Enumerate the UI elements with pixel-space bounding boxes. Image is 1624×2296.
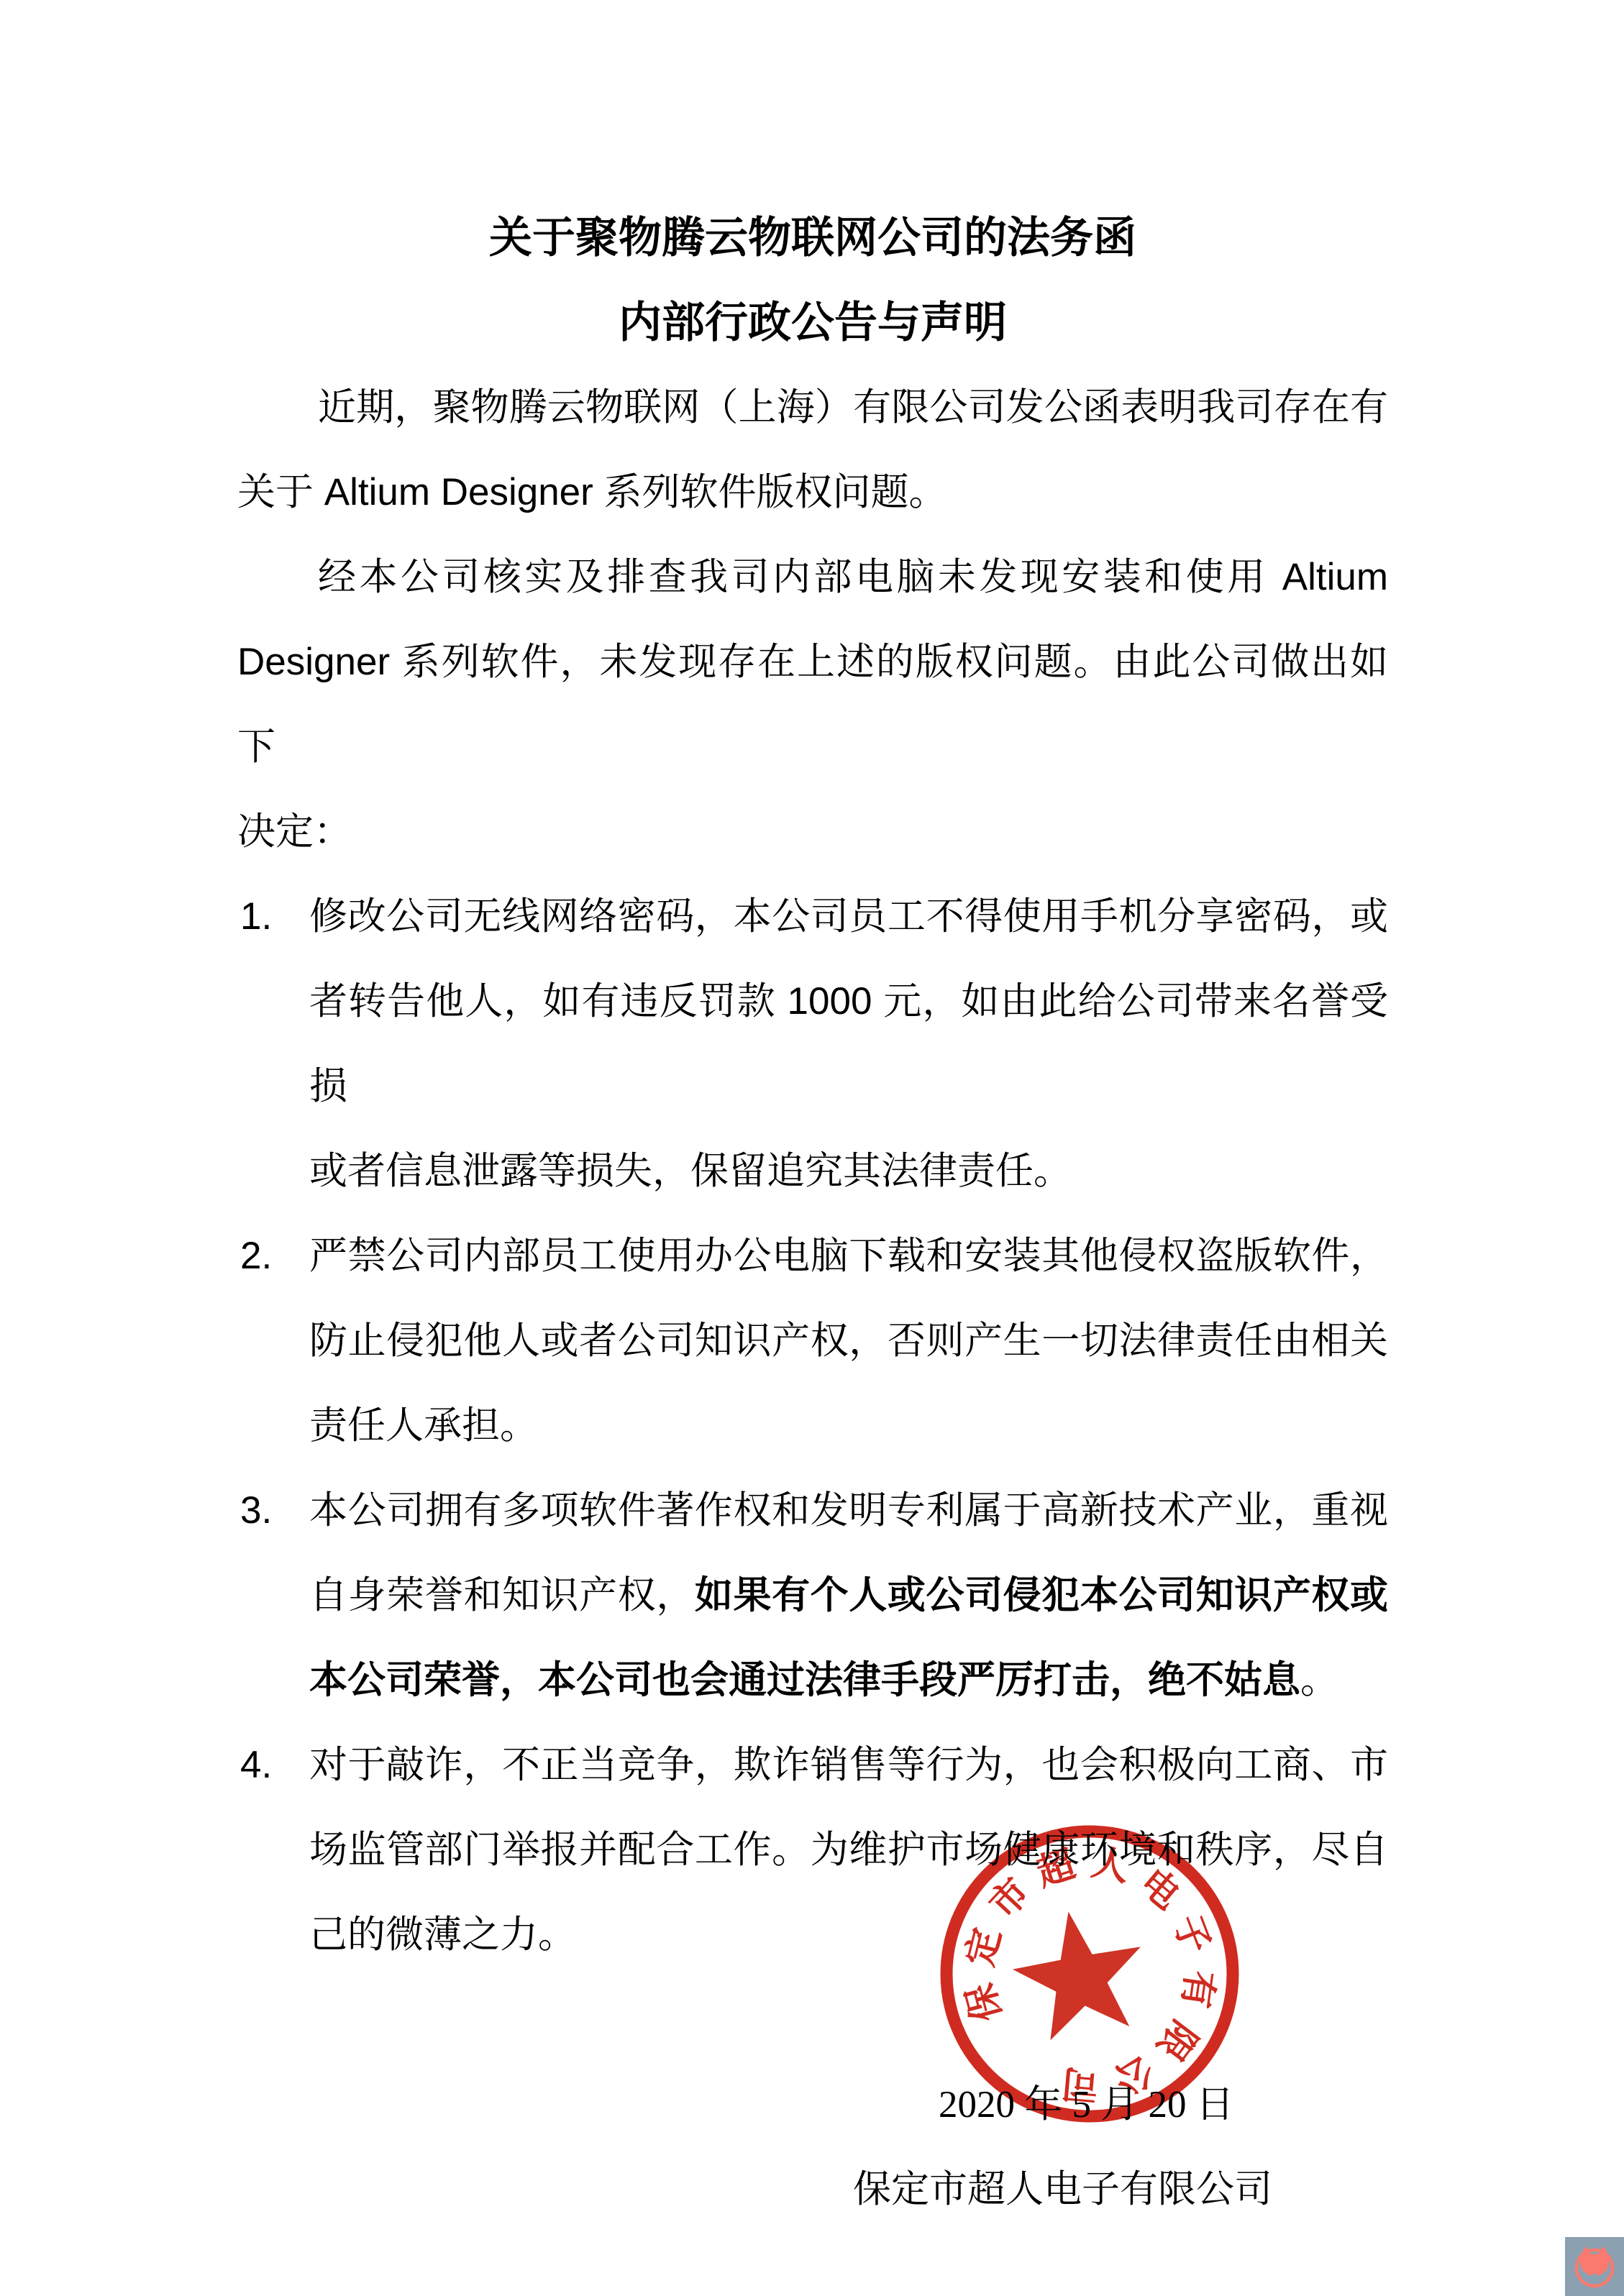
blank-line bbox=[237, 1977, 1388, 2062]
text-run: 场监管部门举报并配合工作。为维护市场健康环境和秩序，尽自 bbox=[309, 1829, 1388, 1871]
date-line: 2020 年 5 月 20 日 bbox=[237, 2062, 1388, 2147]
text-run: 如果有个人或公司侵犯本公司知识产权或 bbox=[695, 1575, 1388, 1616]
list-item-number: 1. bbox=[240, 874, 272, 959]
text-run: Altium bbox=[1269, 556, 1388, 598]
text-run: 者转告他人，如有违反罚款 bbox=[309, 981, 776, 1023]
text-run: 系列软件版权问题。 bbox=[604, 472, 947, 513]
text-run: 修改公司无线网络密码，本公司员工不得使用手机分享密码，或 bbox=[309, 896, 1388, 938]
text-run: 责任人承担。 bbox=[309, 1405, 538, 1447]
paragraph-line: 近期，聚物腾云物联网（上海）有限公司发公函表明我司存在有 bbox=[237, 365, 1388, 450]
list-item-line: 本公司荣誉，本公司也会通过法律手段严厉打击，绝不姑息。 bbox=[309, 1638, 1388, 1723]
text-run: 本公司荣誉，本公司也会通过法律手段严厉打击，绝不姑息 bbox=[309, 1660, 1300, 1701]
text-run: 。 bbox=[1300, 1660, 1338, 1701]
list-item: 2.严禁公司内部员工使用办公电脑下载和安装其他侵权盗版软件，防止侵犯他人或者公司… bbox=[237, 1214, 1388, 1468]
paragraph-line: 关于 Altium Designer 系列软件版权问题。 bbox=[237, 450, 1388, 535]
text-run: 关于 bbox=[237, 472, 314, 513]
list-item: 3.本公司拥有多项软件著作权和发明专利属于高新技术产业，重视自身荣誉和知识产权，… bbox=[237, 1468, 1388, 1723]
text-run: 月 bbox=[1100, 2084, 1139, 2126]
list-item: 1.修改公司无线网络密码，本公司员工不得使用手机分享密码，或者转告他人，如有违反… bbox=[237, 874, 1388, 1214]
document-page: 保定市超人电子有限公司 关于聚物腾云物联网公司的法务函 内部行政公告与声明 近期… bbox=[0, 0, 1624, 2296]
document-title-line1: 关于聚物腾云物联网公司的法务函 bbox=[237, 196, 1388, 280]
list-item: 4.对于敲诈，不正当竞争，欺诈销售等行为，也会积极向工商、市场监管部门举报并配合… bbox=[237, 1723, 1388, 1977]
text-run: Designer bbox=[237, 641, 402, 683]
text-run: 2020 bbox=[939, 2084, 1024, 2126]
list-item-line: 本公司拥有多项软件著作权和发明专利属于高新技术产业，重视 bbox=[309, 1468, 1388, 1553]
list-item-line: 修改公司无线网络密码，本公司员工不得使用手机分享密码，或 bbox=[309, 874, 1388, 959]
list-item-line: 场监管部门举报并配合工作。为维护市场健康环境和秩序，尽自 bbox=[309, 1808, 1388, 1893]
text-run: 本公司拥有多项软件著作权和发明专利属于高新技术产业，重视 bbox=[309, 1490, 1388, 1532]
text-run: 年 bbox=[1024, 2084, 1062, 2126]
text-run: 严禁公司内部员工使用办公电脑下载和安装其他侵权盗版软件， bbox=[309, 1235, 1388, 1277]
list-item-line: 严禁公司内部员工使用办公电脑下载和安装其他侵权盗版软件， bbox=[309, 1214, 1388, 1299]
list-item-line: 责任人承担。 bbox=[309, 1383, 1388, 1468]
text-run: 或者信息泄露等损失，保留追究其法律责任。 bbox=[309, 1151, 1072, 1192]
numbered-list: 1.修改公司无线网络密码，本公司员工不得使用手机分享密码，或者转告他人，如有违反… bbox=[237, 874, 1388, 1977]
fox-logo-watermark bbox=[1565, 2237, 1624, 2296]
list-item-number: 3. bbox=[240, 1468, 272, 1553]
text-run: 防止侵犯他人或者公司知识产权，否则产生一切法律责任由相关 bbox=[309, 1320, 1388, 1362]
list-item-line: 防止侵犯他人或者公司知识产权，否则产生一切法律责任由相关 bbox=[309, 1299, 1388, 1383]
text-run: Altium Designer bbox=[314, 471, 604, 513]
list-item-number: 4. bbox=[240, 1723, 272, 1808]
text-run: 近期，聚物腾云物联网（上海）有限公司发公函表明我司存在有 bbox=[318, 387, 1388, 429]
text-run: 己的微薄之力。 bbox=[309, 1914, 576, 1956]
text-run: 保定市超人电子有限公司 bbox=[853, 2169, 1272, 2210]
text-run: 日 bbox=[1196, 2084, 1234, 2126]
text-run: 决定： bbox=[237, 811, 352, 853]
list-item-line: 自身荣誉和知识产权，如果有个人或公司侵犯本公司知识产权或 bbox=[309, 1553, 1388, 1638]
text-run: 1000 bbox=[776, 980, 883, 1023]
paragraph-line: 决定： bbox=[237, 790, 1388, 874]
document-title-line2: 内部行政公告与声明 bbox=[237, 280, 1388, 365]
text-run: 系列软件，未发现存在上述的版权问题。由此公司做出如下 bbox=[237, 641, 1388, 768]
text-run: 对于敲诈，不正当竞争，欺诈销售等行为，也会积极向工商、市 bbox=[309, 1744, 1388, 1786]
paragraph-line: 经本公司核实及排查我司内部电脑未发现安装和使用 Altium bbox=[237, 535, 1388, 620]
list-item-line: 己的微薄之力。 bbox=[309, 1893, 1388, 1977]
company-signature-line: 保定市超人电子有限公司 bbox=[237, 2147, 1388, 2232]
document-content: 关于聚物腾云物联网公司的法务函 内部行政公告与声明 近期，聚物腾云物联网（上海）… bbox=[237, 196, 1388, 2232]
list-item-number: 2. bbox=[240, 1214, 272, 1299]
text-run: 经本公司核实及排查我司内部电脑未发现安装和使用 bbox=[318, 557, 1269, 598]
list-item-line: 者转告他人，如有违反罚款 1000 元，如由此给公司带来名誉受损 bbox=[309, 959, 1388, 1129]
paragraph-line: Designer 系列软件，未发现存在上述的版权问题。由此公司做出如下 bbox=[237, 620, 1388, 790]
text-run: 自身荣誉和知识产权， bbox=[309, 1575, 695, 1616]
paragraphs: 近期，聚物腾云物联网（上海）有限公司发公函表明我司存在有关于 Altium De… bbox=[237, 365, 1388, 874]
list-item-line: 对于敲诈，不正当竞争，欺诈销售等行为，也会积极向工商、市 bbox=[309, 1723, 1388, 1808]
list-item-line: 或者信息泄露等损失，保留追究其法律责任。 bbox=[309, 1129, 1388, 1214]
text-run: 20 bbox=[1139, 2084, 1196, 2126]
text-run: 5 bbox=[1062, 2084, 1100, 2126]
